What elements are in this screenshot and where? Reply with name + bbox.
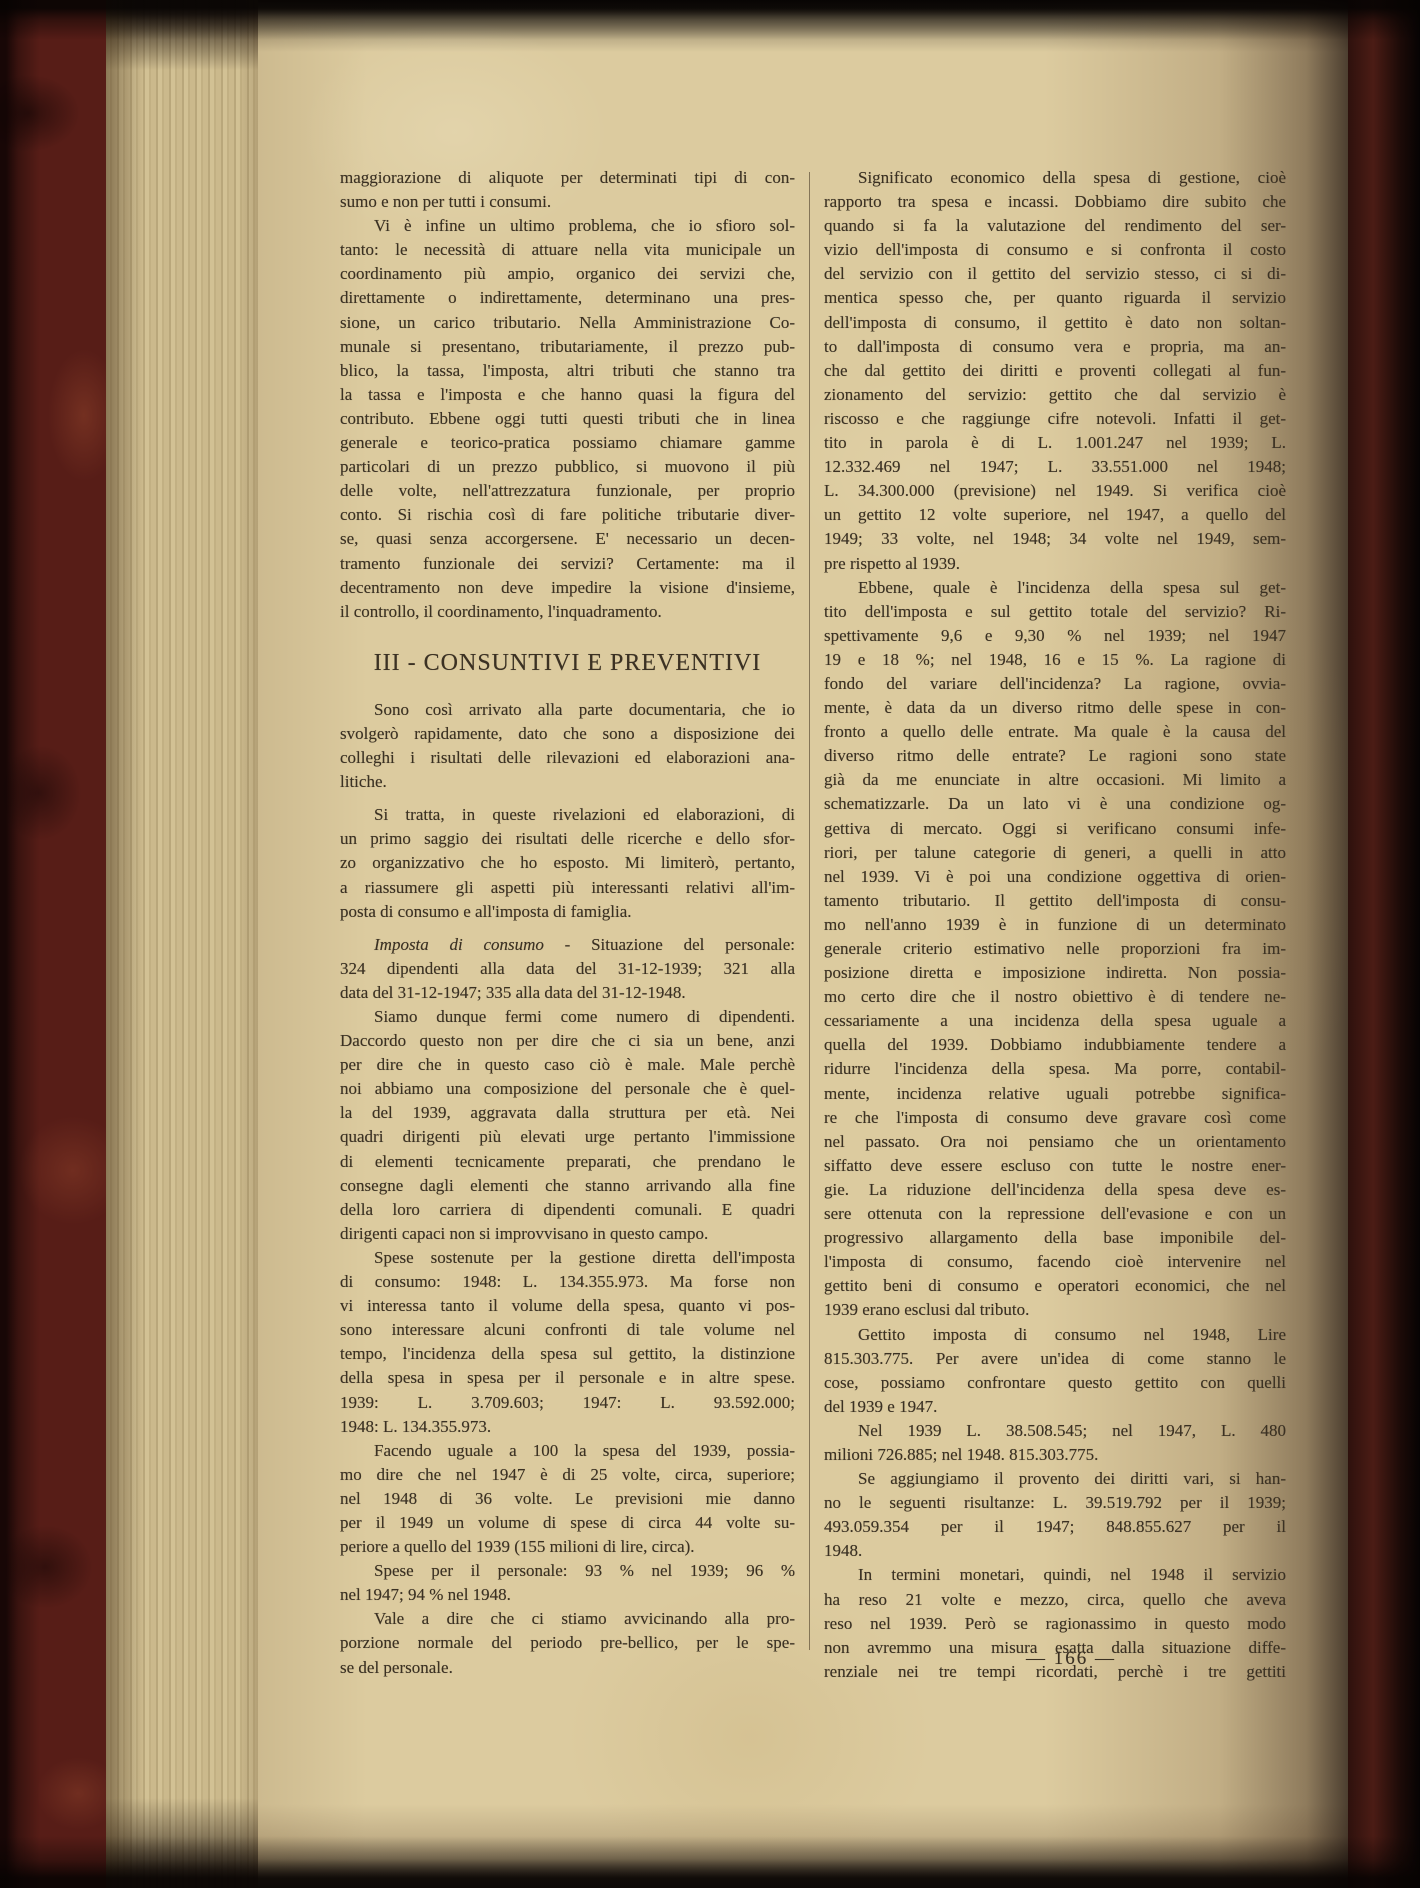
paragraph: Spese per il personale: 93 % nel 1939; 9… bbox=[340, 1559, 795, 1607]
text-line: dell'imposta di consumo, il gettito è da… bbox=[824, 311, 1286, 335]
text-line: gie. La riduzione dell'incidenza della s… bbox=[824, 1178, 1286, 1202]
text-line: Nel 1939 L. 38.508.545; nel 1947, L. 480 bbox=[824, 1419, 1286, 1443]
text-line: Facendo uguale a 100 la spesa del 1939, … bbox=[340, 1439, 795, 1463]
text-line: quella del 1939. Dobbiamo indubbiamente … bbox=[824, 1033, 1286, 1057]
text-line: munale si presentano, tributariamente, i… bbox=[340, 335, 795, 359]
text-column-left: maggiorazione di aliquote per determinat… bbox=[340, 166, 795, 1680]
paragraph: Imposta di consumo - Situazione del pers… bbox=[340, 933, 795, 1005]
text-line: particolari di un prezzo pubblico, si mu… bbox=[340, 455, 795, 479]
text-line: Vale a dire che ci stiamo avvicinando al… bbox=[340, 1607, 795, 1631]
text-line: Daccordo questo non per dire che ci sia … bbox=[340, 1029, 795, 1053]
text-line: Gettito imposta di consumo nel 1948, Lir… bbox=[824, 1323, 1286, 1347]
text-line: fondo del variare dell'incidenza? La rag… bbox=[824, 672, 1286, 696]
paragraph: Si tratta, in queste rivelazioni ed elab… bbox=[340, 803, 795, 923]
section-heading: III - CONSUNTIVI E PREVENTIVI bbox=[340, 651, 795, 675]
text-line: Significato economico della spesa di ges… bbox=[824, 166, 1286, 190]
text-line: periore a quello del 1939 (155 milioni d… bbox=[340, 1535, 795, 1559]
text-line: contributo. Ebbene oggi tutti questi tri… bbox=[340, 407, 795, 431]
text-line: tempo, l'incidenza della spesa sul getti… bbox=[340, 1342, 795, 1366]
text-line: 1939 erano esclusi dal tributo. bbox=[824, 1298, 1286, 1322]
text-line: per il 1949 un volume di spese di circa … bbox=[340, 1511, 795, 1535]
text-line: vizio dell'imposta di consumo e si confr… bbox=[824, 238, 1286, 262]
text-line: litiche. bbox=[340, 770, 795, 794]
text-line: del 1939 e 1947. bbox=[824, 1395, 1286, 1419]
text-line: Spese per il personale: 93 % nel 1939; 9… bbox=[340, 1559, 795, 1583]
text-line: sumo e non per tutti i consumi. bbox=[340, 190, 795, 214]
text-line: delle volte, nell'attrezzatura funzional… bbox=[340, 479, 795, 503]
text-line: Imposta di consumo - Situazione del pers… bbox=[340, 933, 795, 957]
text-line: dirigenti capaci non si improvvisano in … bbox=[340, 1222, 795, 1246]
text-line: svolgerò rapidamente, dato che sono a di… bbox=[340, 722, 795, 746]
text-line: reso nel 1939. Però se ragionassimo in q… bbox=[824, 1612, 1286, 1636]
text-line: quadri dirigenti più elevati urge pertan… bbox=[340, 1125, 795, 1149]
text-line: 493.059.354 per il 1947; 848.855.627 per… bbox=[824, 1515, 1286, 1539]
text-line: Spese sostenute per la gestione diretta … bbox=[340, 1246, 795, 1270]
text-line: di elementi tecnicamente preparati, che … bbox=[340, 1150, 795, 1174]
text-line: rapporto tra spesa e incassi. Dobbiamo d… bbox=[824, 190, 1286, 214]
text-line: posta di consumo e all'imposta di famigl… bbox=[340, 900, 795, 924]
text-line: nel 1947; 94 % nel 1948. bbox=[340, 1583, 795, 1607]
text-line: Se aggiungiamo il provento dei diritti v… bbox=[824, 1467, 1286, 1491]
text-line: nel 1939. Vi è poi una condizione oggett… bbox=[824, 865, 1286, 889]
text-line: tamento tributario. Il gettito dell'impo… bbox=[824, 889, 1286, 913]
text-line: siffatto deve essere escluso con tutte l… bbox=[824, 1154, 1286, 1178]
text-line: se, quasi senza accorgersene. E' necessa… bbox=[340, 527, 795, 551]
text-line: pre rispetto al 1939. bbox=[824, 552, 1286, 576]
text-line: maggiorazione di aliquote per determinat… bbox=[340, 166, 795, 190]
paragraph: maggiorazione di aliquote per determinat… bbox=[340, 166, 795, 214]
text-line: la tassa e l'imposta e che hanno quasi l… bbox=[340, 383, 795, 407]
page-number: — 166 — bbox=[598, 1648, 1420, 1670]
text-line: coordinamento più ampio, organico dei se… bbox=[340, 262, 795, 286]
text-line: re che l'imposta di consumo deve gravare… bbox=[824, 1106, 1286, 1130]
text-line: mente, è data da un diverso ritmo delle … bbox=[824, 696, 1286, 720]
text-line: noi abbiamo una composizione del persona… bbox=[340, 1077, 795, 1101]
text-line: 19 e 18 %; nel 1948, 16 e 15 %. La ragio… bbox=[824, 648, 1286, 672]
text-line: 815.303.775. Per avere un'idea di come s… bbox=[824, 1347, 1286, 1371]
text-line: blico, la tassa, l'imposta, altri tribut… bbox=[340, 359, 795, 383]
text-column-right: Significato economico della spesa di ges… bbox=[824, 166, 1286, 1684]
paragraph: Se aggiungiamo il provento dei diritti v… bbox=[824, 1467, 1286, 1563]
text-line: cessariamente a una incidenza della spes… bbox=[824, 1009, 1286, 1033]
text-line: decentramento non deve impedire la visio… bbox=[340, 576, 795, 600]
text-line: che dal gettito dei diritti e proventi c… bbox=[824, 359, 1286, 383]
text-line: 1939: L. 3.709.603; 1947: L. 93.592.000; bbox=[340, 1391, 795, 1415]
book-gutter-right bbox=[1348, 0, 1420, 1888]
text-line: mo certo dire che il nostro obiettivo è … bbox=[824, 985, 1286, 1009]
paragraph: Gettito imposta di consumo nel 1948, Lir… bbox=[824, 1323, 1286, 1419]
text-line: sione, un carico tributario. Nella Ammin… bbox=[340, 311, 795, 335]
text-line: riscosso e che raggiunge cifre notevoli.… bbox=[824, 407, 1286, 431]
text-line: 1949; 33 volte, nel 1948; 34 volte nel 1… bbox=[824, 527, 1286, 551]
text-line: della spesa in spesa per il personale e … bbox=[340, 1366, 795, 1390]
text-line: tanto: le necessità di attuare nella vit… bbox=[340, 238, 795, 262]
text-line: vi interessa tanto il volume della spesa… bbox=[340, 1294, 795, 1318]
text-line: spettivamente 9,6 e 9,30 % nel 1939; nel… bbox=[824, 624, 1286, 648]
text-line: Vi è infine un ultimo problema, che io s… bbox=[340, 214, 795, 238]
text-line: 1948. bbox=[824, 1539, 1286, 1563]
text-line: del servizio con il gettito del servizio… bbox=[824, 262, 1286, 286]
text-line: Sono così arrivato alla parte documentar… bbox=[340, 698, 795, 722]
text-line: generale criterio estimativo nelle propo… bbox=[824, 937, 1286, 961]
text-line: gettito beni di consumo e operatori econ… bbox=[824, 1274, 1286, 1298]
paragraph: Significato economico della spesa di ges… bbox=[824, 166, 1286, 576]
text-line: gettiva di mercato. Oggi si verificano c… bbox=[824, 817, 1286, 841]
text-line: In termini monetari, quindi, nel 1948 il… bbox=[824, 1563, 1286, 1587]
text-line: fronto a quello delle entrate. Ma quale … bbox=[824, 720, 1286, 744]
text-line: nel 1948 di 36 volte. Le previsioni mie … bbox=[340, 1487, 795, 1511]
text-line: diverso ritmo delle entrate? Le ragioni … bbox=[824, 744, 1286, 768]
paragraph: Spese sostenute per la gestione diretta … bbox=[340, 1246, 795, 1439]
book-page: maggiorazione di aliquote per determinat… bbox=[258, 0, 1350, 1888]
paragraph: Vi è infine un ultimo problema, che io s… bbox=[340, 214, 795, 624]
text-line: sere ottenuta con la repressione dell'ev… bbox=[824, 1202, 1286, 1226]
text-line: L. 34.300.000 (previsione) nel 1949. Si … bbox=[824, 479, 1286, 503]
text-line: mo dire che nel 1947 è di 25 volte, circ… bbox=[340, 1463, 795, 1487]
paragraph: Ebbene, quale è l'incidenza della spesa … bbox=[824, 576, 1286, 1323]
page-edge-stack bbox=[106, 0, 272, 1888]
text-line: mentica spesso che, per quanto riguarda … bbox=[824, 286, 1286, 310]
text-line: no le seguenti risultanze: L. 39.519.792… bbox=[824, 1491, 1286, 1515]
text-line: la del 1939, aggravata dalla struttura p… bbox=[340, 1101, 795, 1125]
text-line: ridurre l'incidenza della spesa. Ma porr… bbox=[824, 1057, 1286, 1081]
text-line: 324 dipendenti alla data del 31-12-1939;… bbox=[340, 957, 795, 981]
book-cover-left bbox=[0, 0, 112, 1888]
paragraph: Nel 1939 L. 38.508.545; nel 1947, L. 480… bbox=[824, 1419, 1286, 1467]
paragraph: Siamo dunque fermi come numero di dipend… bbox=[340, 1005, 795, 1246]
text-line: tramento funzionale dei servizi? Certame… bbox=[340, 552, 795, 576]
text-line: schematizzarle. Da un lato vi è una cond… bbox=[824, 792, 1286, 816]
text-line: posizione diretta e imposizione indirett… bbox=[824, 961, 1286, 985]
text-line: di consumo: 1948: L. 134.355.973. Ma for… bbox=[340, 1270, 795, 1294]
text-line: mente, incidenza relative uguali potrebb… bbox=[824, 1082, 1286, 1106]
paragraph: Facendo uguale a 100 la spesa del 1939, … bbox=[340, 1439, 795, 1559]
text-line: della loro carriera di dipendenti comuna… bbox=[340, 1198, 795, 1222]
text-line: direttamente o indirettamente, determina… bbox=[340, 286, 795, 310]
text-line: tito in parola è di L. 1.001.247 nel 193… bbox=[824, 431, 1286, 455]
text-line: mo nell'anno 1939 è in funzione di un de… bbox=[824, 913, 1286, 937]
paragraph: Sono così arrivato alla parte documentar… bbox=[340, 698, 795, 794]
text-line: data del 31-12-1947; 335 alla data del 3… bbox=[340, 981, 795, 1005]
text-line: conto. Si rischia così di fare politiche… bbox=[340, 503, 795, 527]
text-line: colleghi i risultati delle rilevazioni e… bbox=[340, 746, 795, 770]
text-line: un gettito 12 volte superiore, nel 1947,… bbox=[824, 503, 1286, 527]
text-line: to dall'imposta di consumo vera e propri… bbox=[824, 335, 1286, 359]
text-line: Si tratta, in queste rivelazioni ed elab… bbox=[340, 803, 795, 827]
text-line: milioni 726.885; nel 1948. 815.303.775. bbox=[824, 1443, 1286, 1467]
column-divider bbox=[809, 172, 810, 1650]
text-line: generale e teorico-pratica possiamo chia… bbox=[340, 431, 795, 455]
text-line: Ebbene, quale è l'incidenza della spesa … bbox=[824, 576, 1286, 600]
text-line: cose, possiamo confrontare questo gettit… bbox=[824, 1371, 1286, 1395]
text-line: nel passato. Ora noi pensiamo che un ori… bbox=[824, 1130, 1286, 1154]
text-line: a riassumere gli aspetti più interessant… bbox=[340, 876, 795, 900]
text-line: quando si fa la valutazione del rendimen… bbox=[824, 214, 1286, 238]
text-line: tito dell'imposta e sul gettito totale d… bbox=[824, 600, 1286, 624]
text-line: sono interessare alcuni confronti di tal… bbox=[340, 1318, 795, 1342]
text-line: progressivo allargamento della base impo… bbox=[824, 1226, 1286, 1250]
text-line: zionamento del servizio: gettito che dal… bbox=[824, 383, 1286, 407]
text-line: zo organizzativo che ho esposto. Mi limi… bbox=[340, 851, 795, 875]
text-line: il controllo, il coordinamento, l'inquad… bbox=[340, 600, 795, 624]
text-line: già da me enunciate in altre occasioni. … bbox=[824, 768, 1286, 792]
text-line: un primo saggio dei risultati delle rice… bbox=[340, 827, 795, 851]
text-line: riori, per talune categorie di generi, a… bbox=[824, 841, 1286, 865]
text-line: ha reso 21 volte e mezzo, circa, quello … bbox=[824, 1588, 1286, 1612]
text-line: per dire che in questo caso ciò è male. … bbox=[340, 1053, 795, 1077]
text-line: consegne dagli elementi che stanno arriv… bbox=[340, 1174, 795, 1198]
text-line: Siamo dunque fermi come numero di dipend… bbox=[340, 1005, 795, 1029]
text-line: l'imposta di consumo, facendo cioè inter… bbox=[824, 1250, 1286, 1274]
text-line: 1948: L. 134.355.973. bbox=[340, 1415, 795, 1439]
text-line: 12.332.469 nel 1947; L. 33.551.000 nel 1… bbox=[824, 455, 1286, 479]
